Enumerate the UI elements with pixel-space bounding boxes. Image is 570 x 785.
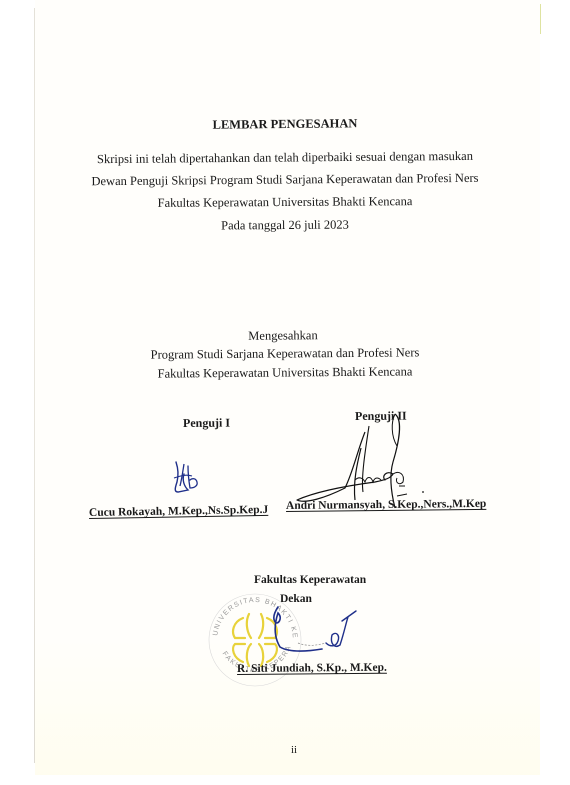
scan-edge-right — [540, 4, 541, 34]
dean-name: R. Siti Jundiah, S.Kp., M.Kep. — [237, 662, 387, 675]
examiner-1-role: Penguji I — [183, 416, 230, 431]
examiner-2-name: Andri Nurmansyah, S.Kep.,Ners.,M.Kep — [286, 498, 486, 512]
dean-signature — [260, 603, 380, 663]
examiner-1-signature — [170, 458, 210, 498]
dean-faculty: Fakultas Keperawatan — [254, 574, 366, 586]
page-number: ii — [291, 744, 297, 756]
examiner-2-signature — [295, 412, 425, 512]
